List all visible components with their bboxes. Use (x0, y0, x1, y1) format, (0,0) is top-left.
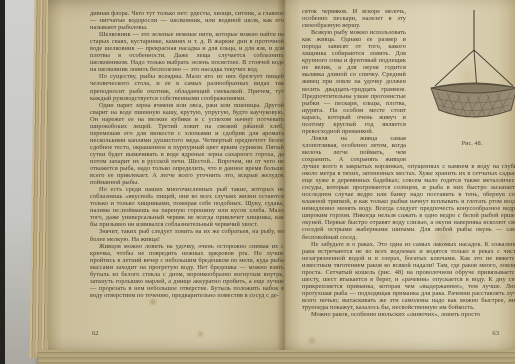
right-page: Рис. 48. сяток червяков. И вскоре мелочь… (286, 0, 515, 352)
paragraph: Не забудьте и о раках. Это одна из самых… (302, 241, 515, 311)
paragraph: Значит, таких рыб следует ловить на их ж… (90, 228, 284, 242)
left-page: дивная флора. Чего тут только нет: рдест… (48, 0, 286, 352)
left-page-text-column: дивная флора. Чего тут только нет: рдест… (90, 10, 284, 299)
figure-block: Рис. 48. (412, 8, 515, 156)
figure-caption: Рис. 48. (412, 140, 515, 147)
open-book-spread: дивная флора. Чего тут только нет: рдест… (30, 0, 515, 364)
paragraph: Шелковник — это зеленые нежные нити, кот… (90, 31, 284, 73)
paragraph: По существу, рыбы всеядны. Мало кто из н… (90, 73, 284, 101)
page-stack-bottom-edge (38, 350, 515, 364)
paragraph: дивная флора. Чего тут только нет: рдест… (90, 10, 284, 31)
right-page-number: 63 (492, 330, 499, 337)
book-photo-scene: дивная флора. Чего тут только нет: рдест… (0, 0, 515, 364)
paragraph: Можно раков, особенно июльских «линючих»… (302, 311, 515, 318)
paragraph: Живцов можно ловить на удочку, очень ост… (90, 243, 284, 299)
left-page-number: 62 (92, 330, 99, 337)
fish-trap-illustration (417, 8, 515, 138)
paragraph: Один парит зерна ячменя или овса, ржи ил… (90, 102, 284, 187)
paragraph: Но есть среди наших многочисленных рыб т… (90, 186, 284, 228)
right-page-text-column: Рис. 48. сяток червяков. И вскоре мелочь… (302, 8, 515, 318)
